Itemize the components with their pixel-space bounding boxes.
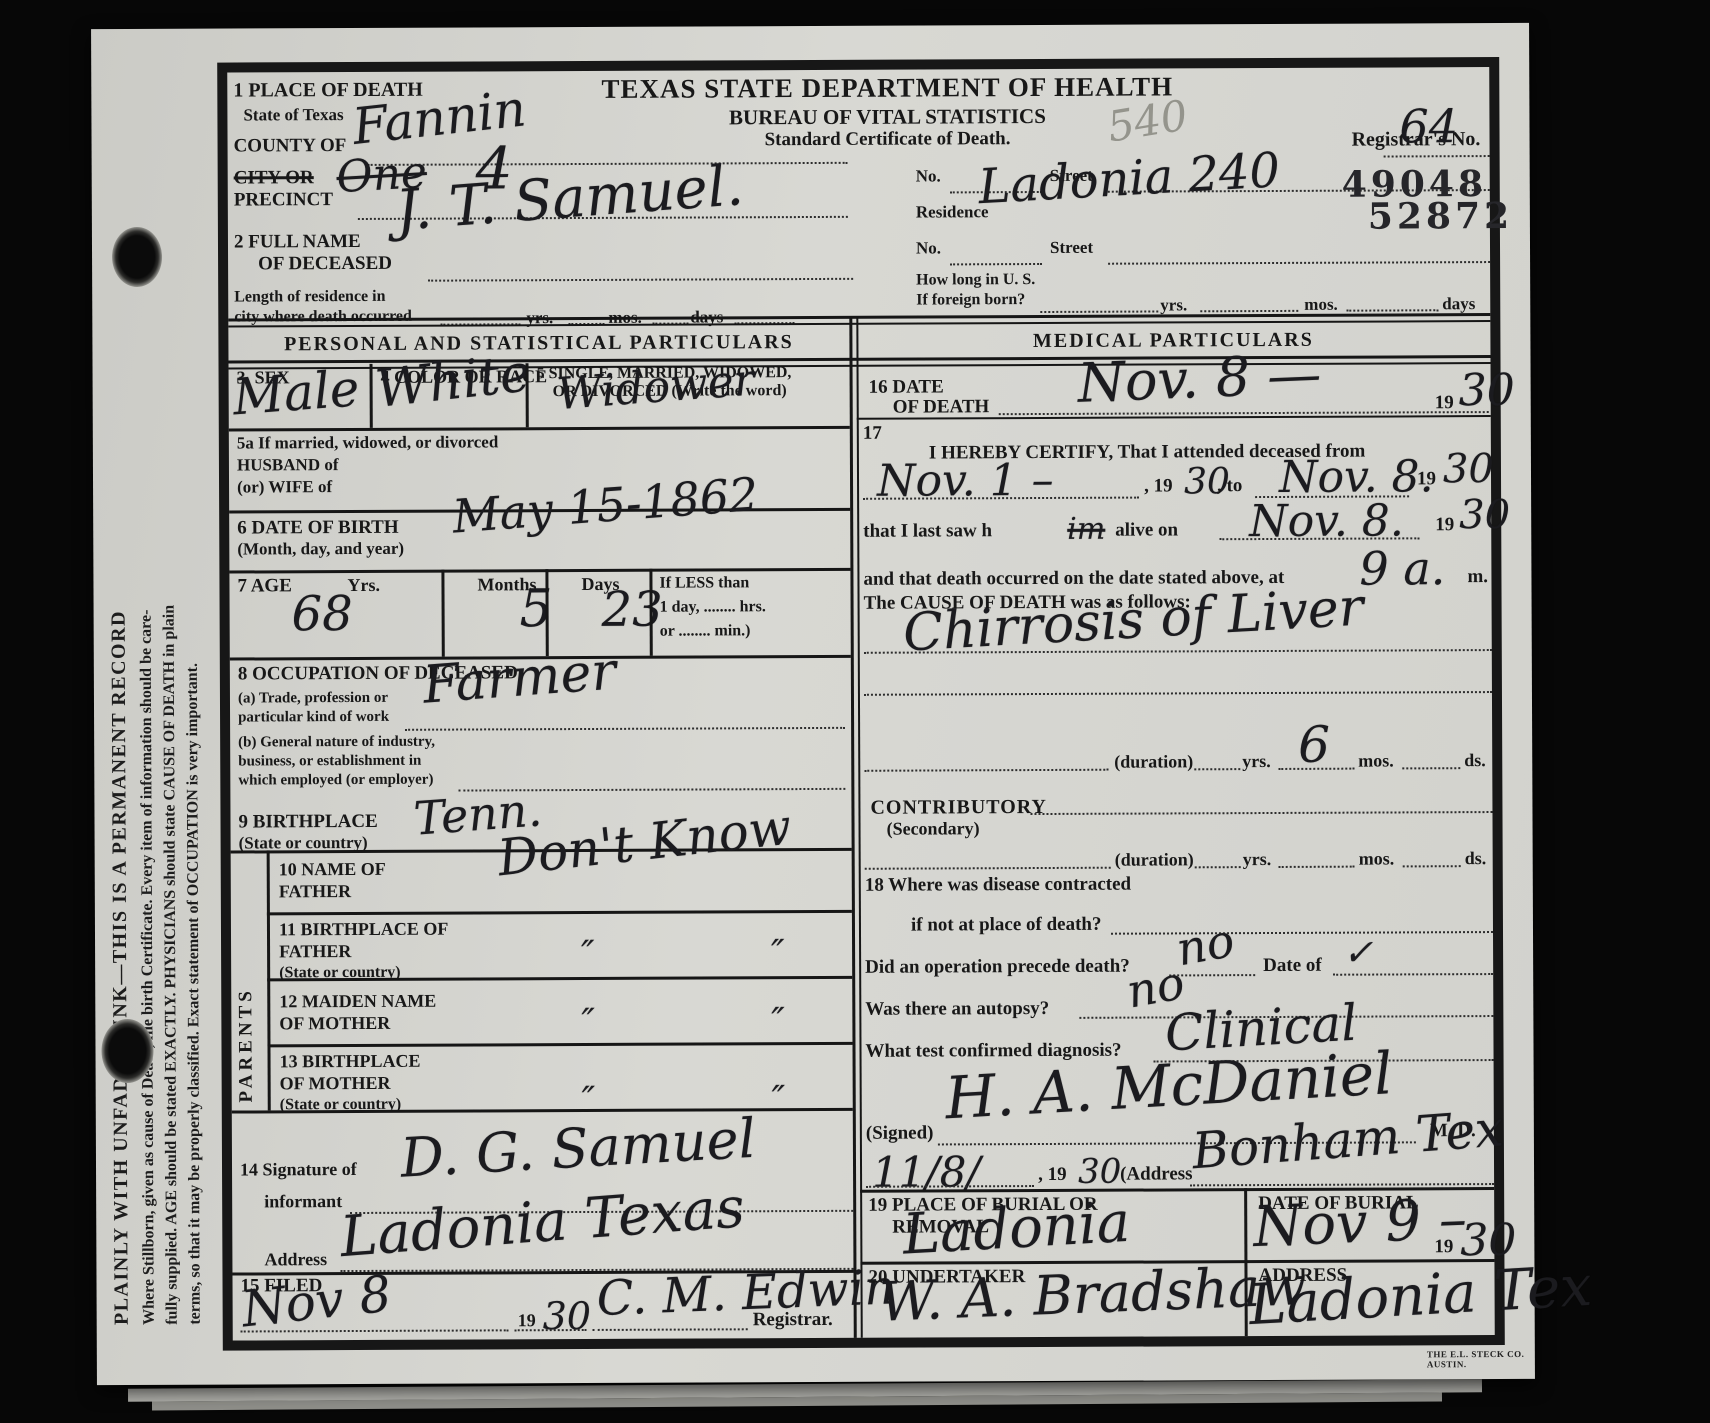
father-birthplace-label: 11 BIRTHPLACE OF	[279, 920, 448, 940]
contributory-label: CONTRIBUTORY	[870, 797, 1047, 819]
last-saw-value: Nov. 8.	[1249, 499, 1404, 544]
date-of-death-label-2: OF DEATH	[893, 397, 990, 418]
how-long-us-label: How long in U. S.	[916, 271, 1035, 289]
dotted-line	[1040, 310, 1158, 313]
full-name-label-2: OF DECEASED	[258, 254, 392, 275]
dotted-line	[864, 769, 1108, 772]
dob-label: 6 DATE OF BIRTH	[237, 518, 398, 539]
double-rule	[228, 313, 1490, 328]
residence-length-label: Length of residence in	[234, 288, 385, 306]
ditto-mark: ″	[581, 1005, 595, 1041]
husband-of-label: HUSBAND of	[237, 456, 339, 475]
secondary-label: (Secondary)	[887, 819, 980, 839]
cell-divider	[545, 569, 548, 656]
to-year-printed: 19	[1417, 469, 1436, 490]
signed-year-value: 30	[1078, 1155, 1121, 1189]
if-not-at-place-label: if not at place of death?	[911, 915, 1102, 936]
from-year-printed: , 19	[1144, 476, 1173, 497]
informant-signature-value: D. G. Samuel	[399, 1112, 757, 1186]
mother-birthplace-label-2: OF MOTHER	[280, 1074, 391, 1094]
dotted-line	[1384, 155, 1490, 157]
certificate-title: Standard Certificate of Death.	[597, 128, 1177, 151]
full-name-label: 2 FULL NAME	[234, 232, 361, 253]
dotted-line	[1194, 768, 1240, 770]
occupation-b-label-2: business, or establishment in	[238, 753, 421, 770]
mother-maiden-label: 12 MAIDEN NAME	[279, 992, 436, 1012]
age-label: 7 AGE	[237, 576, 291, 597]
dotted-line	[1108, 261, 1490, 265]
personal-section-title: PERSONAL AND STATISTICAL PARTICULARS	[228, 332, 849, 356]
dotted-line	[428, 278, 853, 282]
date-of-label: Date of	[1263, 956, 1322, 977]
stamp-number: 52872	[1368, 195, 1513, 238]
address-paren-label: (Address	[1120, 1164, 1193, 1185]
if-less-label: If LESS than	[659, 574, 749, 592]
occupation-b-label-3: which employed (or employer)	[238, 772, 433, 789]
wife-of-label: (or) WIFE of	[237, 478, 332, 497]
foreign-born-label: If foreign born?	[916, 291, 1025, 309]
occupation-a-label-2: particular kind of work	[238, 709, 389, 726]
occupation-value: Farmer	[421, 646, 618, 712]
last-saw-year-printed: 19	[1435, 515, 1454, 536]
dotted-line	[515, 1329, 587, 1331]
dotted-line	[1111, 931, 1493, 935]
race-value: White	[373, 347, 533, 416]
department-title: TEXAS STATE DEPARTMENT OF HEALTH	[597, 72, 1177, 104]
father-name-label: 10 NAME OF	[279, 860, 386, 880]
last-saw-struck-word: im	[1067, 515, 1105, 545]
no-label: No.	[916, 167, 941, 185]
rule	[229, 568, 850, 574]
dotted-line	[405, 727, 845, 731]
operation-answer: no	[1173, 917, 1238, 972]
precinct-label: PRECINCT	[234, 190, 333, 211]
alive-on-label: alive on	[1115, 520, 1178, 541]
if-less-label-2: 1 day, ........ hrs.	[660, 598, 766, 616]
ditto-mark: ″	[581, 937, 595, 973]
parents-vertical-label: PARENTS	[235, 872, 258, 1102]
informant-address-label: Address	[264, 1250, 327, 1270]
yrs-label: yrs.	[1160, 296, 1187, 314]
duration-months-value: 6	[1298, 720, 1330, 770]
occupation-b-label: (b) General nature of industry,	[238, 734, 435, 751]
filed-year-printed: 19	[518, 1311, 536, 1331]
autopsy-question: Was there an autopsy?	[865, 999, 1049, 1020]
to-label: , to	[1217, 476, 1242, 497]
printer-mark: THE E.L. STECK CO. AUSTIN.	[1427, 1349, 1535, 1369]
cell-divider	[649, 569, 652, 656]
attended-to-value: Nov. 8.	[1279, 455, 1434, 500]
dod-year-printed: 19	[1435, 393, 1454, 414]
burial-year-printed: 19	[1434, 1237, 1453, 1258]
father-name-label-2: FATHER	[279, 882, 351, 902]
rule	[267, 1042, 852, 1048]
where-contracted-label: 18 Where was disease contracted	[865, 875, 1131, 897]
m-label: m.	[1467, 567, 1488, 588]
dob-sublabel: (Month, day, and year)	[237, 540, 404, 559]
ditto-mark: ″	[582, 1083, 596, 1119]
marital-value: Widower	[555, 359, 756, 418]
mos-label: mos.	[1304, 296, 1338, 315]
undertaker-value: W. A. Bradshaw	[879, 1259, 1308, 1330]
dob-value: May 15-1862	[451, 471, 760, 540]
father-birthplace-label-2: FATHER	[279, 942, 351, 962]
duration-mos-label: mos.	[1359, 849, 1395, 869]
street-label: Street	[1050, 239, 1093, 258]
hole-punch	[112, 227, 162, 287]
operation-question: Did an operation precede death?	[865, 957, 1130, 979]
column-divider	[849, 318, 862, 1338]
hole-punch	[101, 1019, 153, 1083]
occupation-a-label: (a) Trade, profession or	[238, 690, 388, 707]
duration-ds-label: ds.	[1464, 751, 1486, 771]
if-less-label-3: or ........ min.)	[660, 622, 751, 640]
dotted-line	[950, 263, 1042, 265]
death-time-value: 9 a.	[1359, 545, 1445, 591]
residence-value: Ladonia 240	[977, 146, 1281, 211]
duration-label: (duration)	[1115, 850, 1194, 870]
cell-divider	[441, 570, 444, 657]
ditto-mark: ″	[772, 1082, 786, 1118]
signed-label: (Signed)	[866, 1123, 934, 1144]
age-years-value: 68	[291, 590, 352, 638]
cell-divider	[526, 363, 529, 427]
dotted-line	[1190, 1183, 1494, 1186]
certificate-paper: PLAINLY WITH UNFADING INK—THIS IS A PERM…	[91, 23, 1535, 1385]
undertaker-address-value: Ladonia Tex	[1248, 1259, 1594, 1334]
county-label: COUNTY OF	[234, 136, 347, 157]
rule	[267, 910, 852, 916]
bureau-title: BUREAU OF VITAL STATISTICS	[597, 104, 1177, 129]
registrar-signature-value: C. M. Edwin	[596, 1263, 896, 1323]
cell-divider	[370, 364, 373, 428]
registrar-label: Registrar.	[753, 1310, 833, 1331]
mother-maiden-label-2: OF MOTHER	[279, 1014, 390, 1034]
sex-value: Male	[231, 363, 361, 422]
dotted-line	[1030, 811, 1492, 815]
dotted-line	[864, 691, 1492, 696]
date-of-mark: ✓	[1343, 936, 1373, 972]
dotted-line	[593, 1328, 748, 1331]
rule	[229, 426, 850, 432]
dotted-line	[1200, 310, 1298, 312]
days-label: days	[1442, 295, 1475, 314]
city-or-label-struck: CITY OR	[234, 168, 314, 189]
dotted-line	[1346, 309, 1438, 311]
residence-label: Residence	[916, 203, 989, 222]
photo-of-death-certificate: PLAINLY WITH UNFADING INK—THIS IS A PERM…	[0, 0, 1710, 1423]
last-saw-year-value: 30	[1459, 495, 1510, 535]
duration-yrs-label: yrs.	[1242, 752, 1271, 772]
informant-signature-label: 14 Signature of	[240, 1160, 357, 1180]
margin-line: terms, so that it may be properly classi…	[181, 85, 204, 1325]
dotted-line	[1402, 767, 1460, 769]
dotted-line	[865, 867, 1111, 870]
certify-number: 17	[863, 424, 882, 445]
signed-year-printed: , 19	[1038, 1165, 1067, 1186]
registrars-no-value: 64	[1399, 103, 1458, 149]
to-year-value: 30	[1443, 449, 1494, 489]
margin-line: fully supplied. AGE should be stated EXA…	[158, 85, 181, 1325]
birthplace-label: 9 BIRTHPLACE	[238, 812, 377, 833]
filed-date-value: Nov 8	[239, 1268, 393, 1334]
certificate-form: 1 PLACE OF DEATH State of Texas COUNTY O…	[217, 57, 1505, 1351]
age-days-value: 23	[601, 586, 662, 634]
duration-yrs-label: yrs.	[1243, 850, 1272, 870]
dod-year-value: 30	[1459, 369, 1515, 413]
duration-label: (duration)	[1114, 752, 1193, 772]
married-widowed-label: 5a If married, widowed, or divorced	[237, 433, 499, 452]
full-name-value: J. T. Samuel.	[394, 158, 745, 240]
last-saw-label: that I last saw h	[863, 521, 992, 542]
state-of-texas-label: State of Texas	[243, 106, 343, 125]
dotted-line	[1279, 866, 1355, 868]
ditto-mark: ″	[771, 936, 785, 972]
dotted-line	[1333, 973, 1493, 976]
date-of-death-value: Nov. 8 —	[1077, 347, 1323, 411]
burial-place-value: Ladonia	[901, 1195, 1131, 1264]
dotted-line	[1403, 865, 1461, 867]
dotted-line	[241, 1329, 509, 1332]
no-label: No.	[916, 239, 941, 257]
dotted-line	[1195, 866, 1241, 868]
informant-address-value: Ladonia Texas	[338, 1180, 746, 1266]
mother-birthplace-label: 13 BIRTHPLACE	[280, 1052, 421, 1072]
dotted-line	[866, 1185, 1034, 1188]
duration-mos-label: mos.	[1358, 751, 1394, 771]
burial-year-value: 30	[1460, 1219, 1516, 1263]
ditto-mark: ″	[771, 1004, 785, 1040]
date-of-death-label: 16 DATE	[869, 377, 944, 398]
informant-signature-label-2: informant	[264, 1192, 342, 1212]
duration-ds-label: ds.	[1465, 849, 1487, 869]
